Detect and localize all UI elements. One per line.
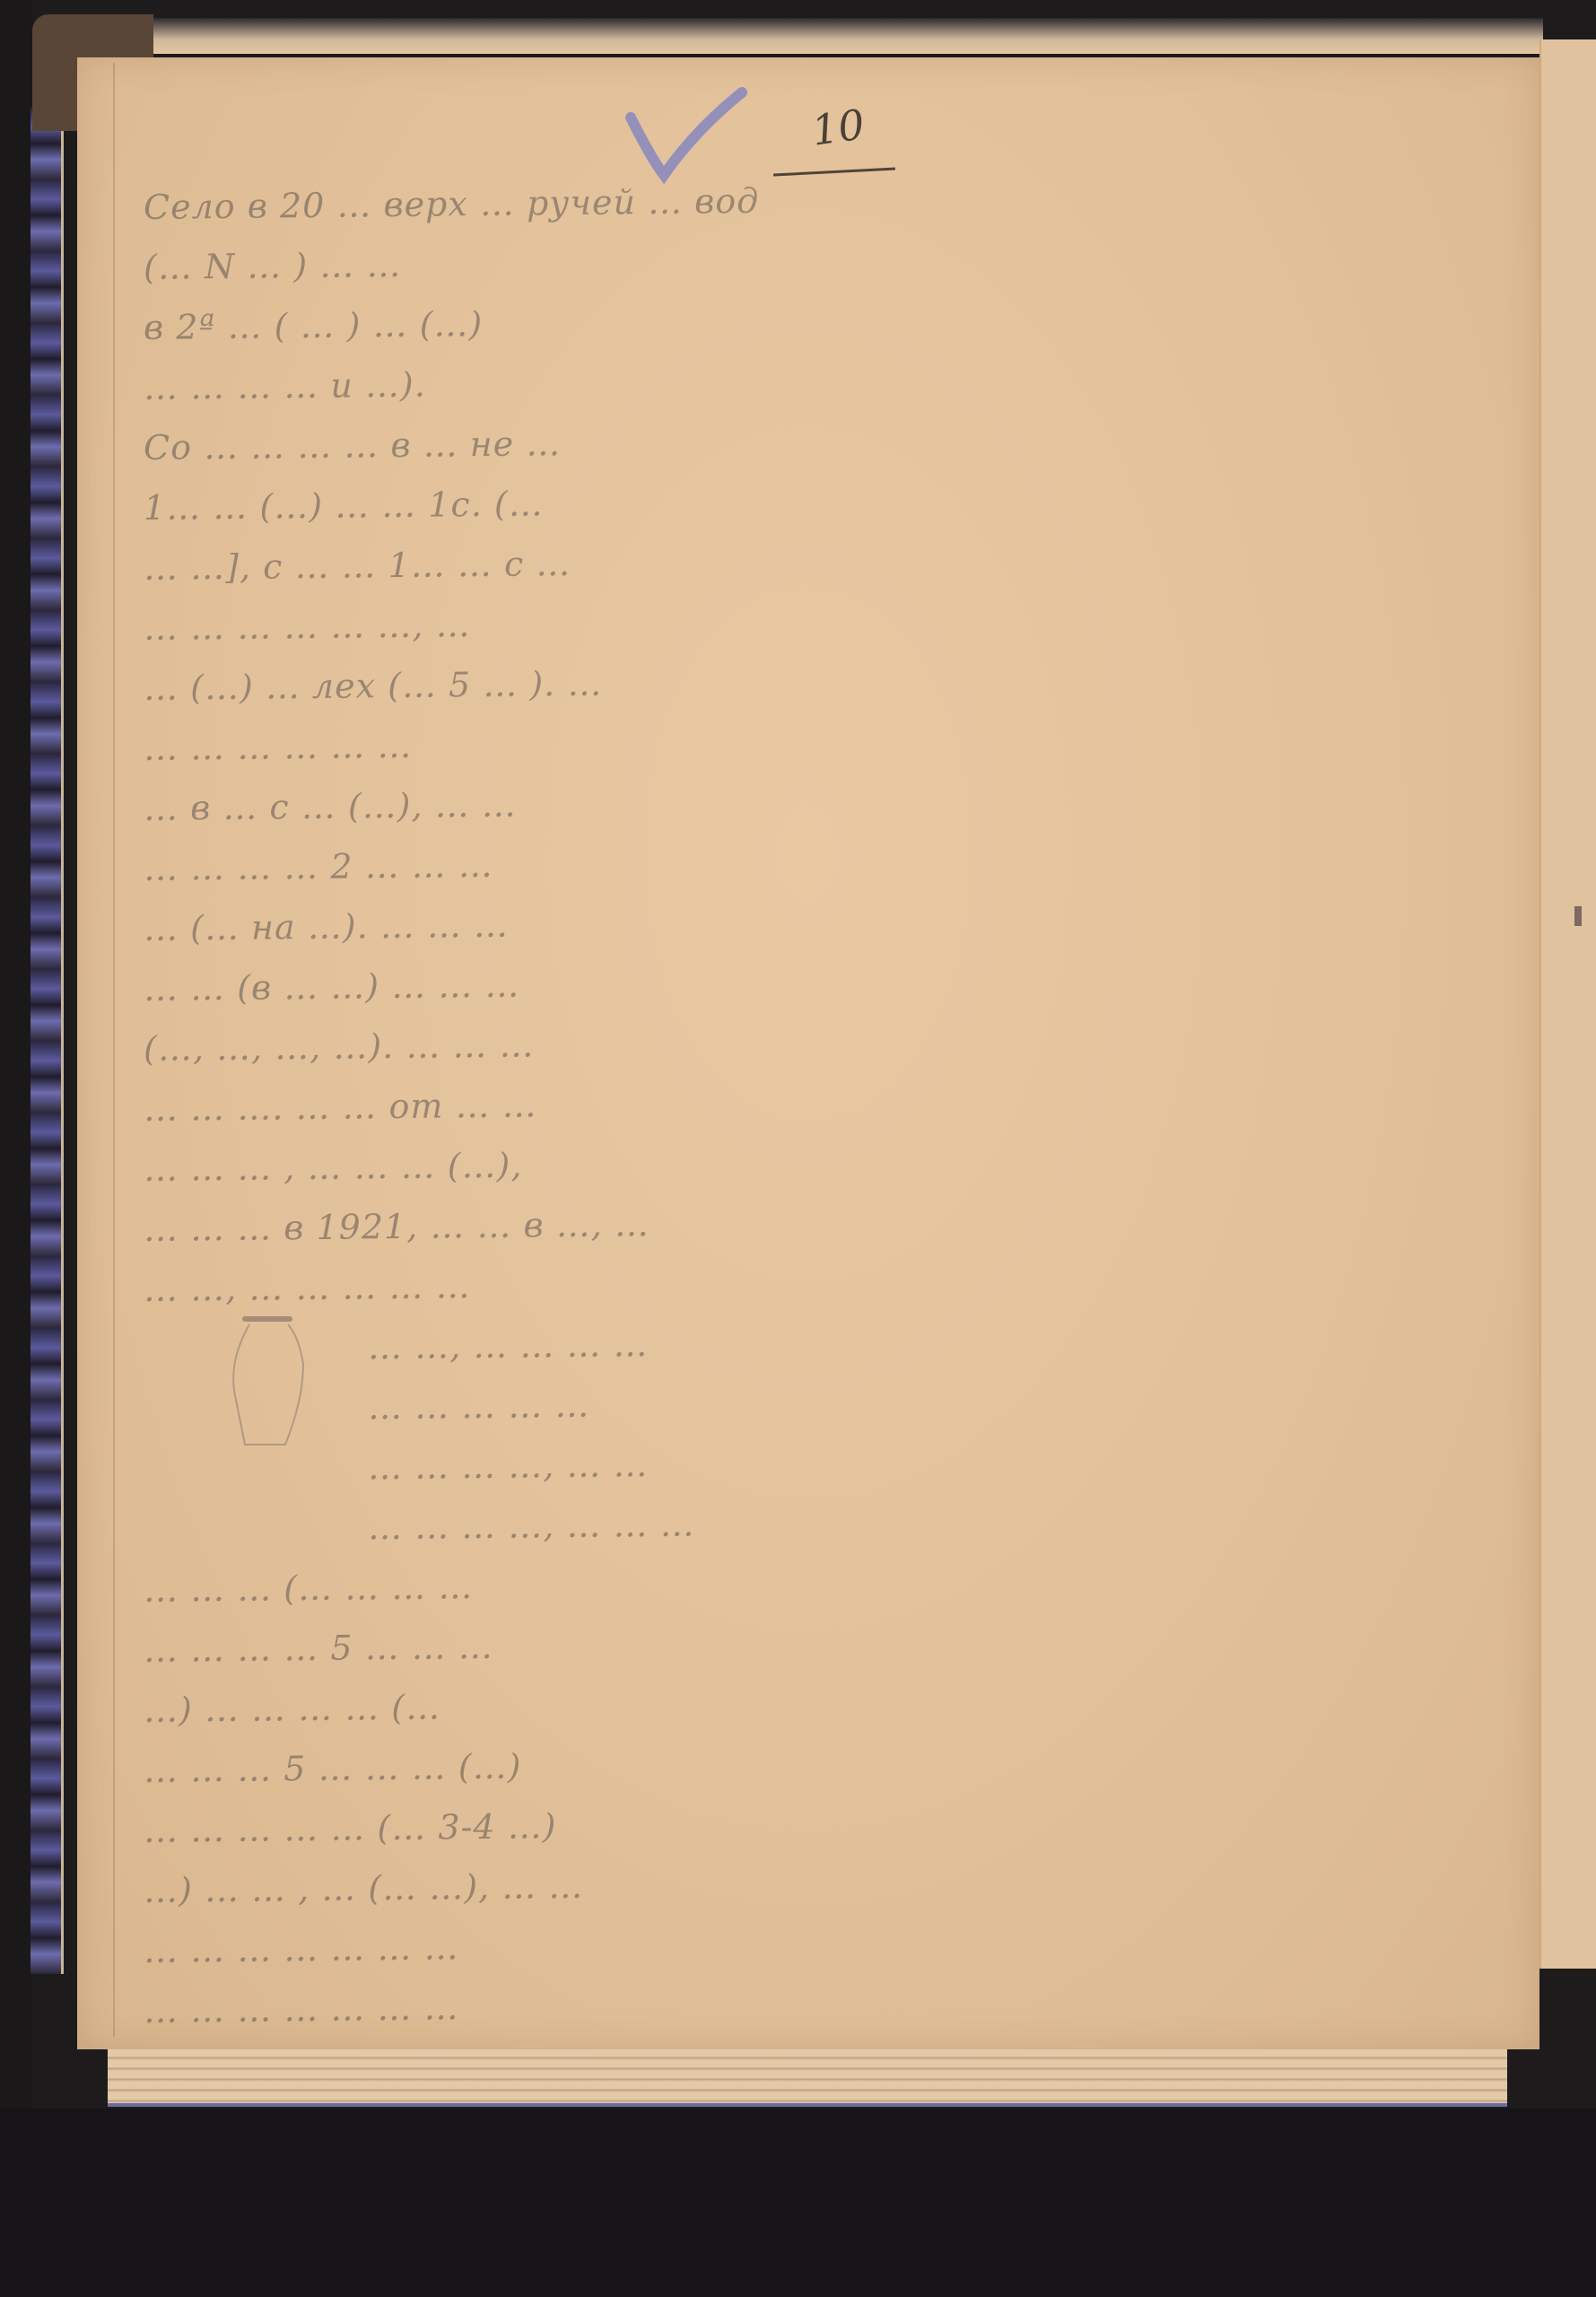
handwritten-text-body: Село в 20 … верх … ручей … вод (… N … ) … (144, 170, 1507, 2034)
book-cover-bottom (0, 2109, 1596, 2297)
page-stack-bottom-edge (108, 2049, 1507, 2107)
cover-top-edge (144, 18, 1543, 54)
book-cover-left (0, 0, 32, 2297)
facing-page-edge (1539, 39, 1596, 1969)
check-mark-icon (624, 85, 749, 184)
jar-sketch-icon (218, 1310, 317, 1454)
page-number: 10 (809, 100, 868, 155)
page-fold-line (113, 63, 115, 2037)
margin-smudge (1574, 906, 1582, 926)
marbled-binding-edge (31, 108, 64, 1974)
